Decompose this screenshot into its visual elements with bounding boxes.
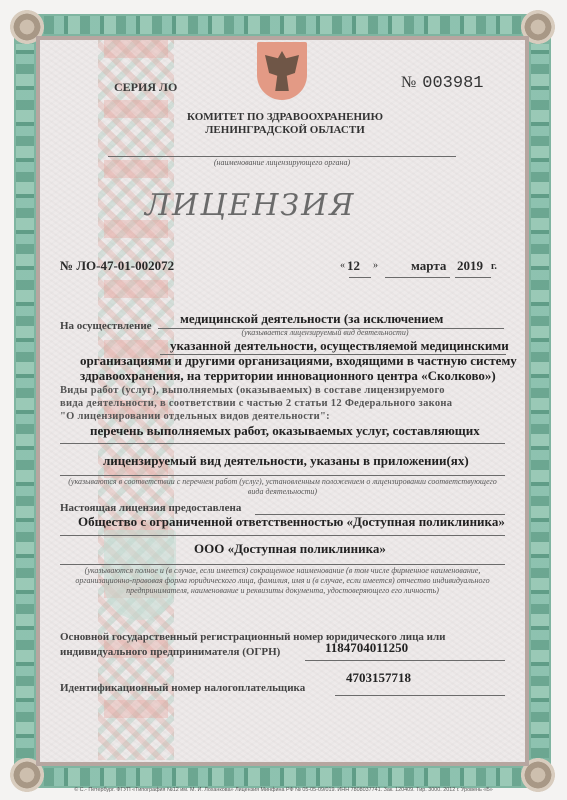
- date-year: 2019: [457, 258, 483, 274]
- guilloche-border-bottom: [44, 768, 521, 786]
- authority-line-1: КОМИТЕТ ПО ЗДРАВООХРАНЕНИЮ: [170, 111, 400, 124]
- activity-note: (указывается лицензируемый вид деятельно…: [200, 328, 450, 337]
- date-month-underline: [385, 277, 450, 278]
- activity-line-1: медицинской деятельности (за исключением: [180, 311, 443, 327]
- authority-note: (наименование лицензирующего органа): [108, 158, 456, 167]
- printer-imprint: © С.- Петербург. ФГУП «Типография №12 им…: [0, 787, 567, 793]
- licensing-authority: КОМИТЕТ ПО ЗДРАВООХРАНЕНИЮ ЛЕНИНГРАДСКОЙ…: [170, 111, 400, 137]
- guilloche-border-left: [16, 44, 34, 758]
- works-line-1: перечень выполняемых работ, оказываемых …: [90, 423, 480, 439]
- document-title: ЛИЦЕНЗИЯ: [145, 188, 356, 223]
- activity-label: На осуществление: [60, 320, 152, 332]
- date-day: 12: [347, 258, 360, 274]
- works-sub-line-2: вида деятельности, в соответствии с част…: [60, 398, 452, 409]
- guilloche-border-top: [44, 16, 521, 34]
- date-close-quote: »: [373, 260, 378, 271]
- date-year-suffix: г.: [491, 261, 497, 272]
- date-month: марта: [411, 258, 446, 274]
- works-note: (указываются в соответствии с перечнем р…: [60, 477, 505, 497]
- licensee-label: Настоящая лицензия предоставлена: [60, 502, 241, 514]
- licensee-full-name: Общество с ограниченной ответственностью…: [78, 514, 505, 530]
- date-day-underline: [349, 277, 371, 278]
- blank-number: №003981: [401, 74, 483, 93]
- ogrn-label-line-2: индивидуального предпринимателя (ОГРН): [60, 646, 280, 658]
- licensee-short-name-underline: [60, 564, 505, 565]
- coat-of-arms-icon: [257, 42, 307, 100]
- works-sub-line-3: "О лицензировании отдельных видов деятел…: [60, 411, 330, 422]
- double-headed-eagle-icon: [265, 51, 299, 91]
- activity-line-3: организациями и другими организациями, в…: [80, 353, 517, 369]
- inn-value: 4703157718: [346, 670, 411, 686]
- works-underline-1: [60, 443, 505, 444]
- series-label: СЕРИЯ ЛО: [114, 80, 177, 95]
- licensee-short-name: ООО «Доступная поликлиника»: [194, 541, 386, 557]
- authority-underline: [108, 156, 456, 157]
- guilloche-border-right: [531, 44, 549, 758]
- activity-line-4: здравоохранения, на территории инновацио…: [80, 368, 496, 384]
- number-sign: №: [401, 74, 416, 91]
- inn-label: Идентификационный номер налогоплательщик…: [60, 682, 305, 694]
- works-sub-line-1: Виды работ (услуг), выполняемых (оказыва…: [60, 385, 445, 396]
- authority-line-2: ЛЕНИНГРАДСКОЙ ОБЛАСТИ: [170, 124, 400, 137]
- ogrn-value: 1184704011250: [325, 640, 408, 656]
- activity-line-2: указанной деятельности, осуществляемой м…: [170, 338, 509, 354]
- date-year-underline: [455, 277, 491, 278]
- licensee-note: (указываются полное и (в случае, если им…: [60, 566, 505, 596]
- works-underline-2: [60, 475, 505, 476]
- licensee-full-name-underline: [60, 535, 505, 536]
- date-open-quote: «: [340, 260, 345, 271]
- license-number: № ЛО-47-01-002072: [60, 258, 174, 274]
- blank-number-value: 003981: [422, 74, 483, 93]
- inn-underline: [335, 695, 505, 696]
- works-line-2: лицензируемый вид деятельности, указаны …: [103, 453, 469, 469]
- ogrn-underline: [305, 660, 505, 661]
